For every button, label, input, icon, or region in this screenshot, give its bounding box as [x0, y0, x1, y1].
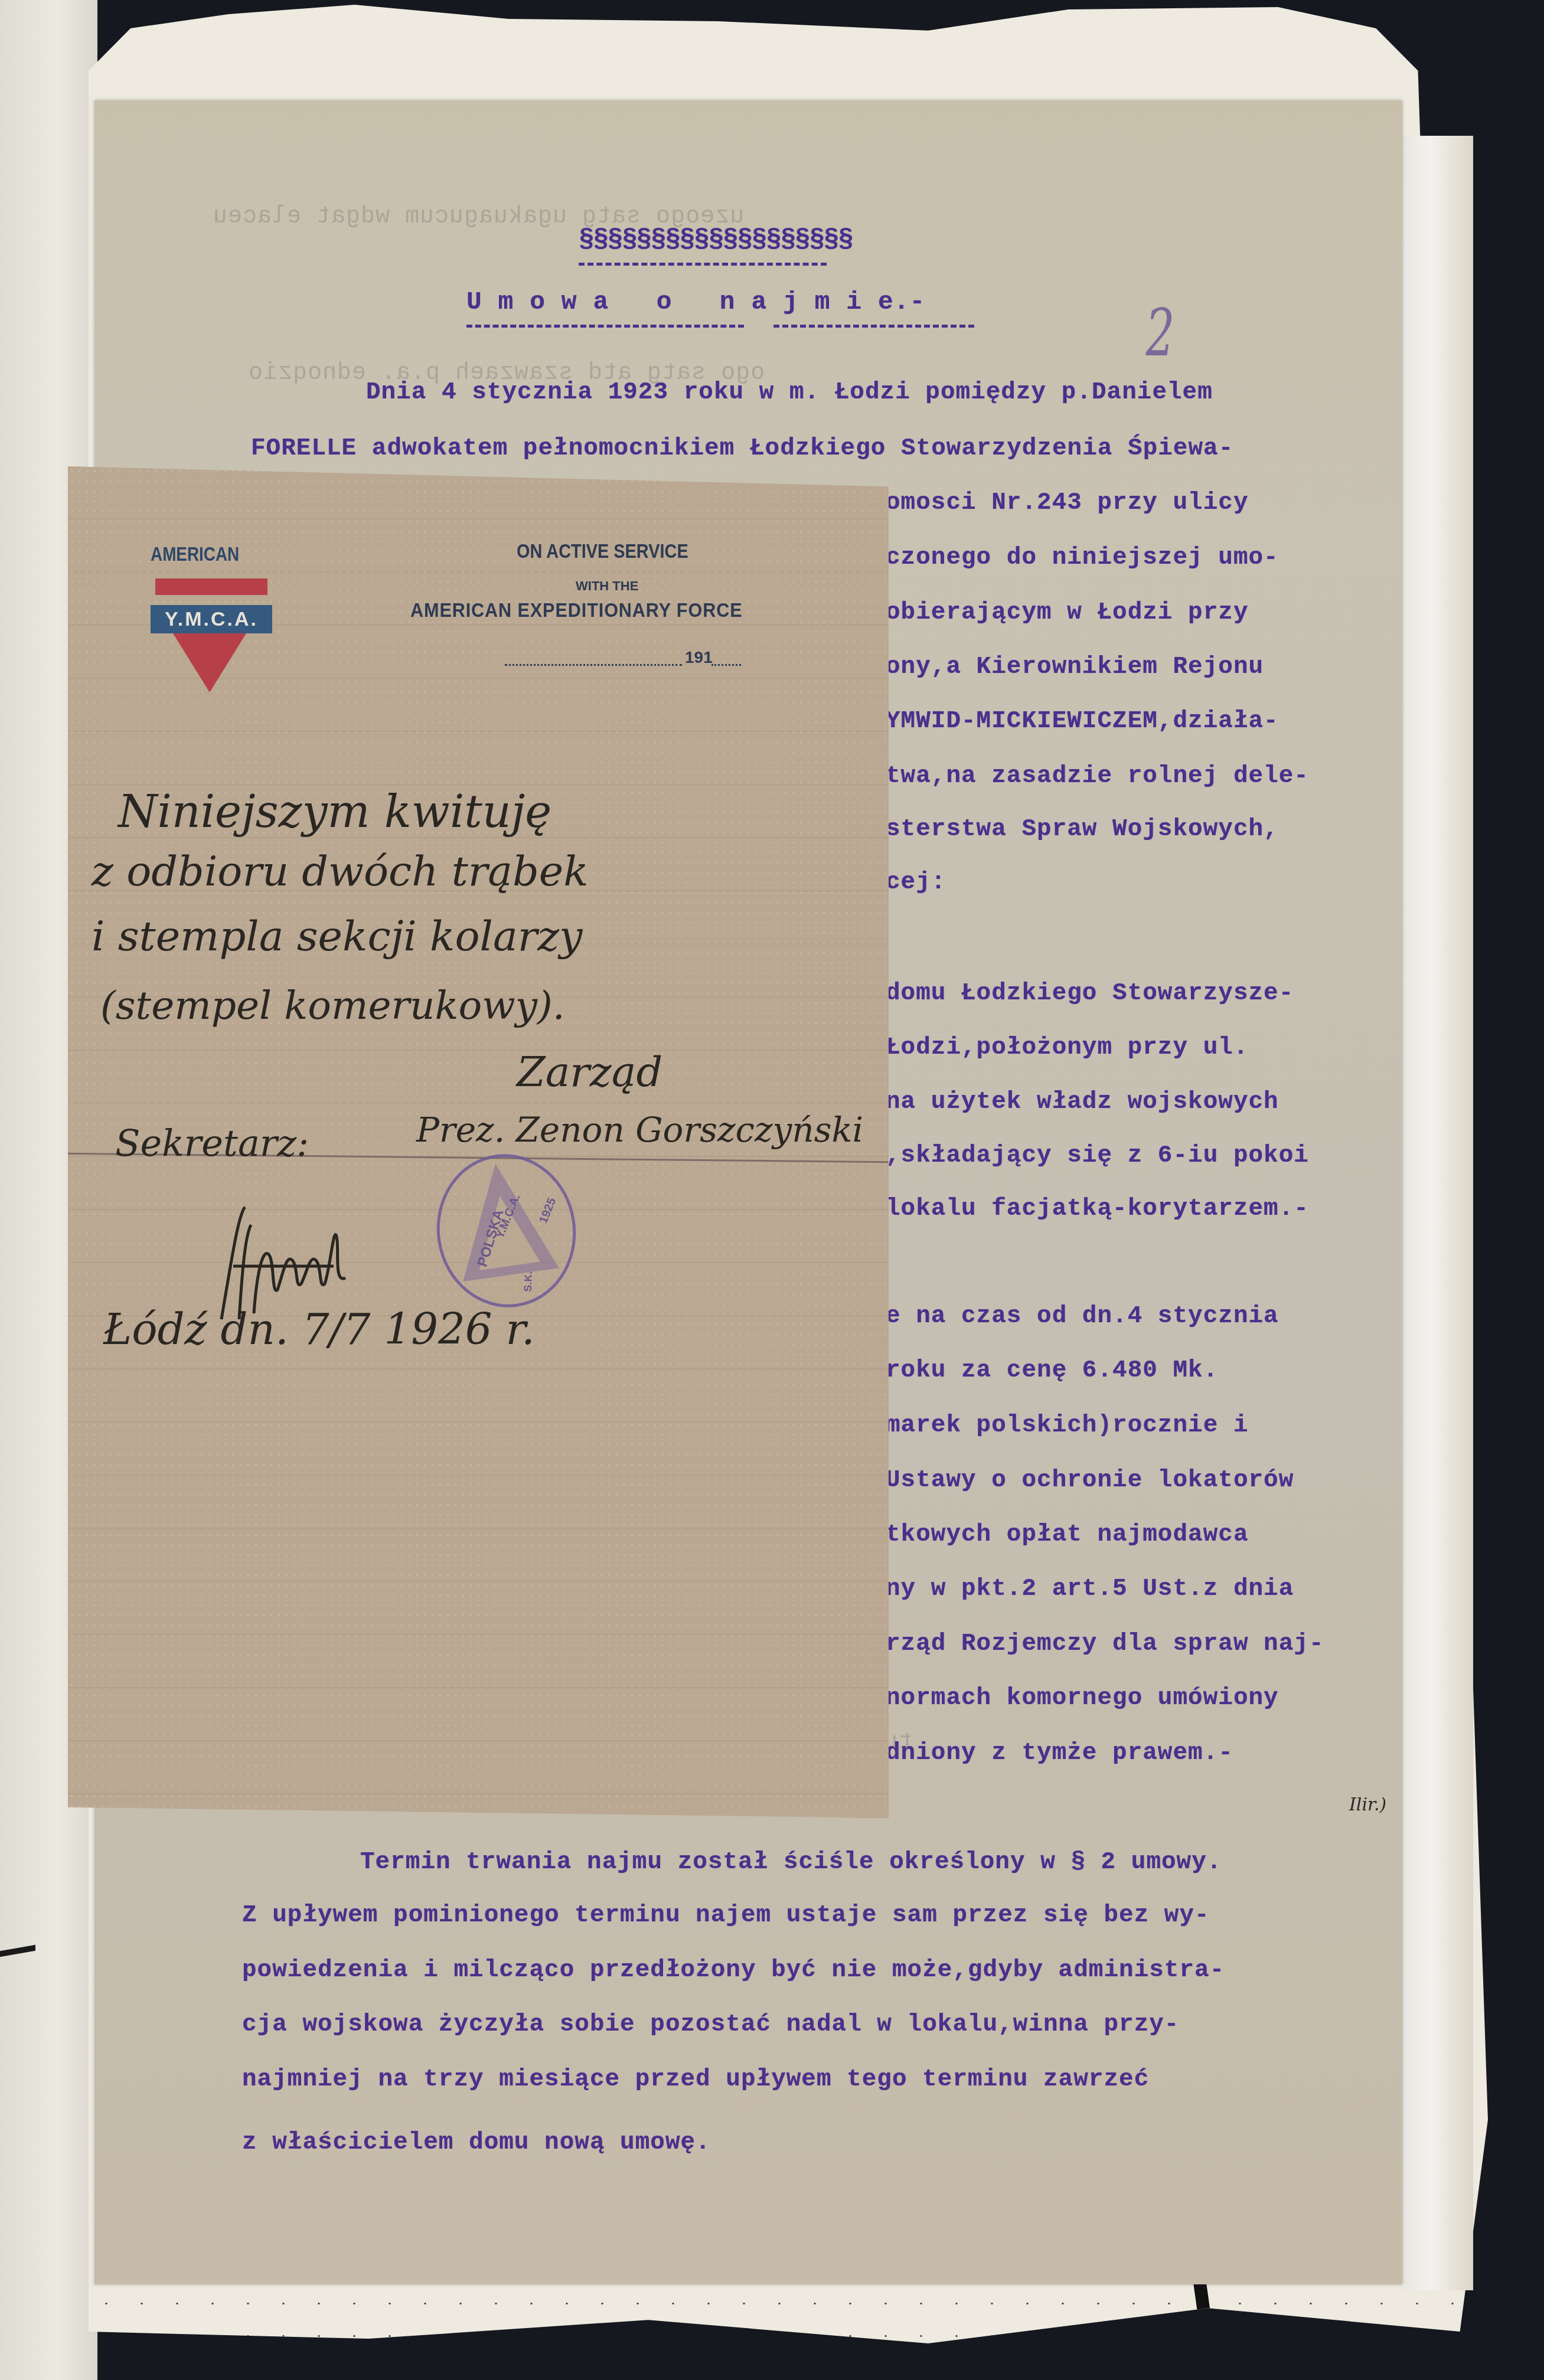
- typed-line: e na czas od dn.4 stycznia: [886, 1305, 1279, 1329]
- date-dotted-line: [711, 664, 741, 666]
- typed-line: YMWID-MICKIEWICZEM,działa-: [886, 710, 1279, 734]
- document-title: U m o w a o n a j m i e.-: [466, 289, 925, 315]
- typed-line: obierającym w Łodzi przy: [886, 601, 1249, 625]
- handwritten-line: (stempel komerukowy).: [100, 983, 565, 1028]
- typed-line: normach komornego umówiony: [886, 1686, 1279, 1711]
- typed-line: najmniej na trzy miesiące przed upływem …: [242, 2068, 1149, 2092]
- typed-line: Łodzi,położonym przy ul.: [886, 1036, 1249, 1060]
- handwritten-line: z odbioru dwóch trąbek: [92, 847, 589, 895]
- typed-line: ny w pkt.2 art.5 Ust.z dnia: [886, 1577, 1294, 1601]
- ymca-logo: AMERICAN Y.M.C.A.: [151, 543, 275, 566]
- typed-line: FORELLE adwokatem pełnomocnikiem Łodzkie…: [251, 437, 1233, 461]
- date-dotted-line: [505, 664, 682, 666]
- page-number: 2: [1146, 295, 1175, 371]
- typed-line: cej:: [886, 871, 946, 895]
- typed-line: ony,a Kierownikiem Rejonu: [886, 655, 1264, 679]
- typed-line: tkowych opłat najmodawca: [886, 1523, 1249, 1547]
- typed-line: lokalu facjatką-korytarzem.-: [886, 1197, 1309, 1221]
- place-and-date: Łódź dn. 7/7 1926 r.: [103, 1305, 535, 1354]
- ymca-receipt-card: AMERICAN Y.M.C.A. ON ACTIVE SERVICE WITH…: [68, 466, 889, 1818]
- title-underline-right: [773, 325, 974, 328]
- dashed-underline: [579, 263, 827, 266]
- card-header-line-1: ON ACTIVE SERVICE: [517, 540, 688, 563]
- section-marks-row: §§§§§§§§§§§§§§§§§§§: [579, 227, 853, 253]
- typed-line: czonego do niniejszej umo-: [886, 546, 1279, 570]
- margin-note: Ilir.): [1349, 1794, 1386, 1815]
- right-margin-strip: [1402, 136, 1473, 2290]
- ymca-rubber-stamp: POLSKA Y.M.C.A. 1925 S.K.: [427, 1145, 586, 1316]
- typed-line: Dnia 4 stycznia 1923 roku w m. Łodzi pom…: [366, 381, 1213, 405]
- signatory-name: Prez. Zenon Gorszczyński: [416, 1110, 863, 1150]
- typed-line: z właścicielem domu nową umowę.: [242, 2131, 711, 2155]
- typed-line: Termin trwania najmu został ściśle okreś…: [360, 1851, 1222, 1875]
- logo-triangle-icon: [173, 633, 246, 692]
- typed-line: twa,na zasadzie rolnej dele-: [886, 764, 1309, 789]
- typed-line: sterstwa Spraw Wojskowych,: [886, 818, 1279, 842]
- typed-line: Ustawy o ochronie lokatorów: [886, 1469, 1294, 1493]
- typed-line: omosci Nr.243 przy ulicy: [886, 491, 1249, 515]
- typed-line: powiedzenia i milcząco przedłożony być n…: [242, 1959, 1225, 1983]
- handwritten-line: i stempla sekcji kolarzy: [92, 912, 583, 960]
- handwritten-line: Niniejszym kwituję: [118, 785, 551, 838]
- typed-line: Z upływem pominionego terminu najem usta…: [242, 1904, 1210, 1928]
- title-underline-left: [466, 325, 744, 328]
- typed-line: na użytek władz wojskowych: [886, 1090, 1279, 1114]
- logo-badge: Y.M.C.A.: [151, 605, 272, 633]
- typed-line: marek polskich)rocznie i: [886, 1414, 1249, 1438]
- stamp-bottom-text: S.K.: [522, 1271, 535, 1292]
- logo-red-bar: [155, 578, 267, 595]
- typed-line: ,składający się z 6-iu pokoi: [886, 1144, 1309, 1168]
- logo-wordmark: AMERICAN: [151, 543, 252, 566]
- card-header-line-3: AMERICAN EXPEDITIONARY FORCE: [410, 599, 742, 622]
- card-header-line-2: WITH THE: [576, 578, 638, 594]
- typed-line: rząd Rozjemczy dla spraw naj-: [886, 1632, 1324, 1656]
- typed-line: domu Łodzkiego Stowarzysze-: [886, 982, 1294, 1006]
- typed-line: cja wojskowa życzyła sobie pozostać nada…: [242, 2013, 1179, 2037]
- page-curl: [0, 1945, 35, 1981]
- signature-heading: Zarząd: [517, 1048, 662, 1096]
- typed-line: dniony z tymże prawem.-: [886, 1741, 1233, 1766]
- secretary-label: Sekretarz:: [115, 1122, 309, 1165]
- typed-line: roku za cenę 6.480 Mk.: [886, 1359, 1218, 1383]
- date-prefix: 191: [685, 648, 713, 667]
